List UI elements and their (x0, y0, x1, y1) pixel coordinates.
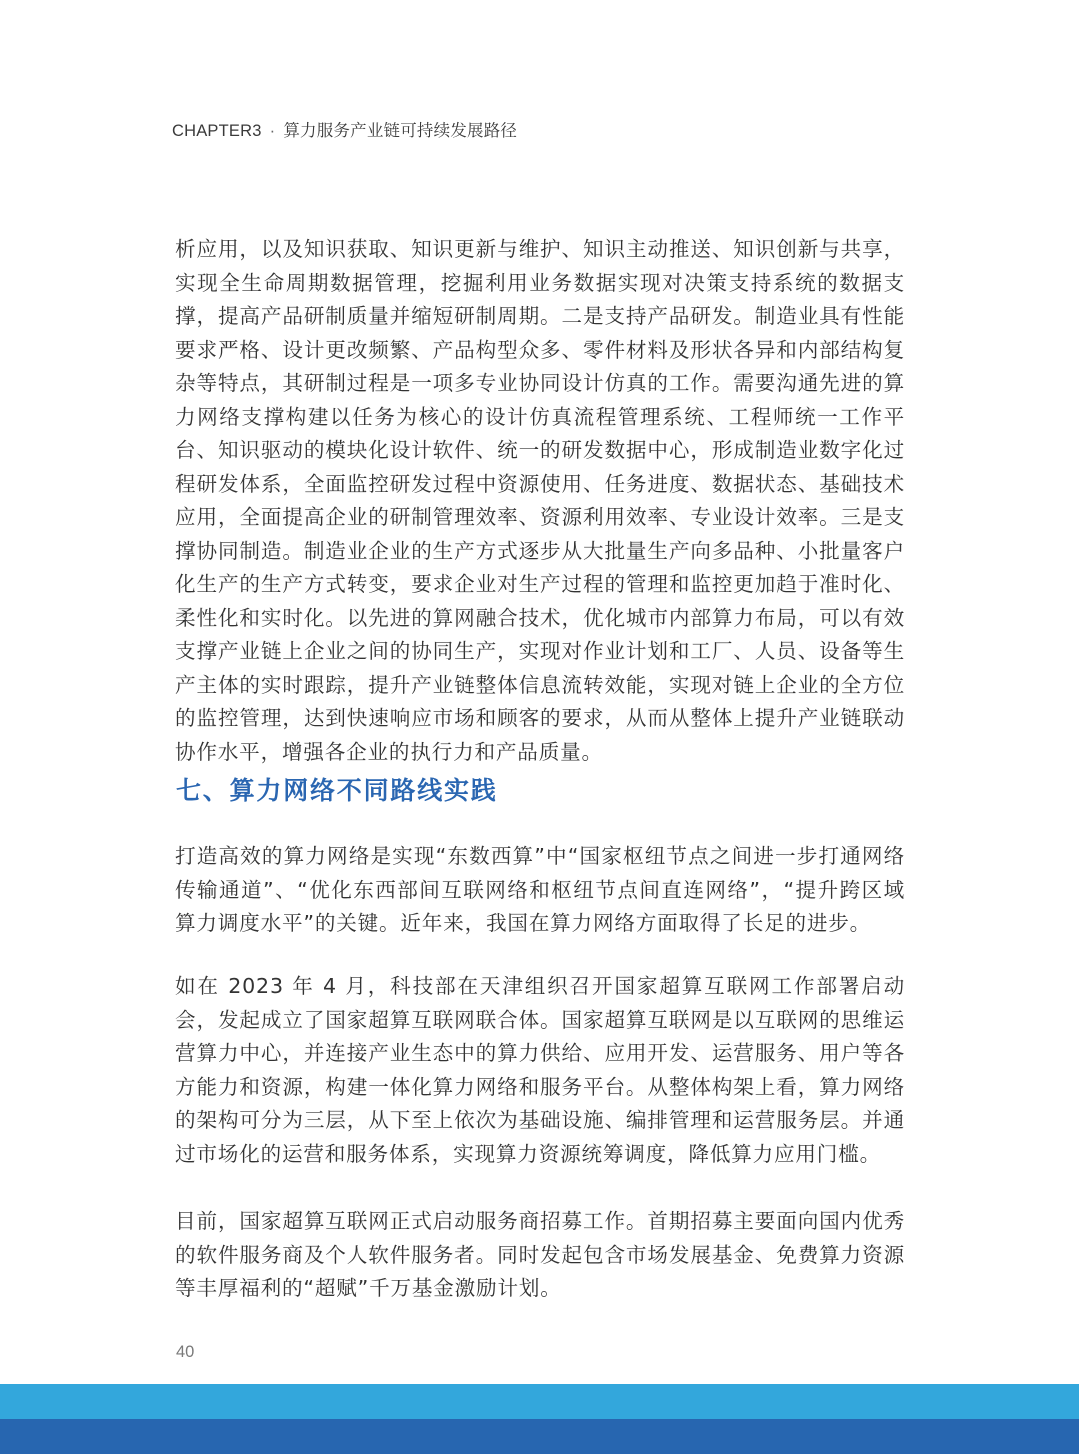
body-paragraph-1: 打造高效的算力网络是实现“东数西算”中“国家枢纽节点之间进一步打通网络传输通道”… (175, 840, 905, 941)
body-paragraph-2: 如在 2023 年 4 月，科技部在天津组织召开国家超算互联网工作部署启动会，发… (175, 970, 905, 1171)
footer-band-light (0, 1384, 1079, 1419)
footer-band-dark (0, 1419, 1079, 1454)
chapter-label: CHAPTER3 (172, 122, 262, 140)
header-separator: · (270, 122, 276, 140)
page-number: 40 (176, 1343, 194, 1362)
body-paragraph-3: 目前，国家超算互联网正式启动服务商招募工作。首期招募主要面向国内优秀的软件服务商… (175, 1205, 905, 1306)
section-heading: 七、算力网络不同路线实践 (176, 771, 498, 807)
body-paragraph-intro: 析应用，以及知识获取、知识更新与维护、知识主动推送、知识创新与共享，实现全生命周… (175, 233, 905, 769)
chapter-title: 算力服务产业链可持续发展路径 (283, 122, 517, 140)
running-header: CHAPTER3·算力服务产业链可持续发展路径 (172, 117, 517, 141)
